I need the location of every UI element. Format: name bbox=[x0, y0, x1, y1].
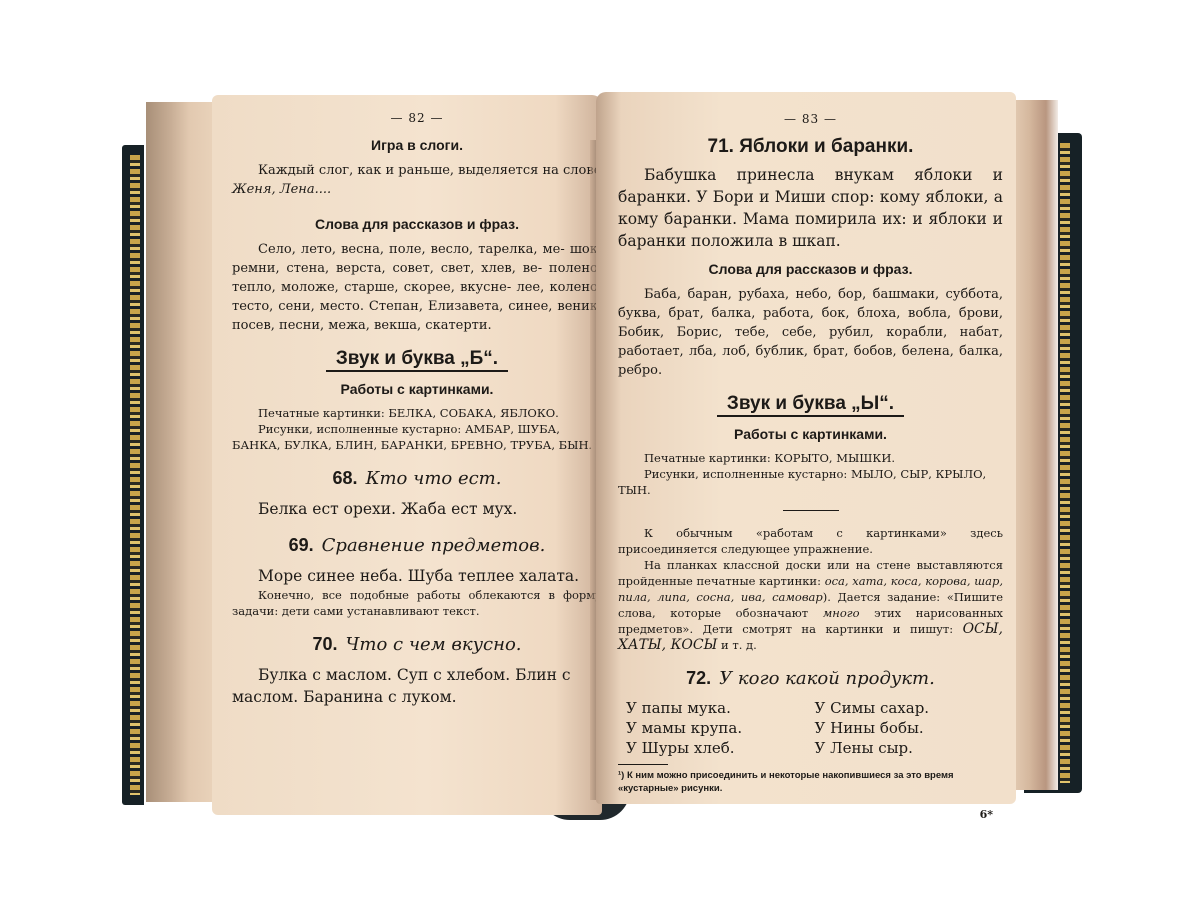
words-list: Село, лето, весна, поле, весло, тарелка,… bbox=[232, 240, 602, 335]
line: У Шуры хлеб. bbox=[626, 738, 815, 758]
words-list: Баба, баран, рубаха, небо, бор, башмаки,… bbox=[618, 285, 1003, 380]
exercise-71-text: Бабушка принесла внукам яблоки и баранки… bbox=[618, 164, 1003, 252]
page-stack-left bbox=[146, 102, 218, 802]
paragraph-names: Женя, Лена.... bbox=[232, 180, 602, 199]
sound-title: Звук и буква „Ы“. bbox=[717, 394, 904, 417]
gilt-ornament bbox=[1060, 143, 1070, 783]
exercise-number: 68. bbox=[333, 468, 358, 488]
sound-heading: Звук и буква „Б“. bbox=[232, 349, 602, 372]
sound-title: Звук и буква „Б“. bbox=[326, 349, 508, 372]
page-number: — 82 — bbox=[232, 109, 602, 128]
exercise-68-heading: 68.Кто что ест. bbox=[232, 469, 602, 488]
footnote-rule bbox=[618, 764, 668, 765]
exercise-68-text: Белка ест орехи. Жаба ест мух. bbox=[232, 498, 602, 520]
left-page: — 82 — Игра в слоги. Каждый слог, как и … bbox=[212, 95, 602, 815]
text-run: и т. д. bbox=[717, 638, 756, 652]
exercise-intro: К обычным «работам с картинками» здесь п… bbox=[618, 525, 1003, 557]
exercise-title: Что с чем вкусно. bbox=[346, 634, 522, 655]
drawn-pictures: Рисунки, исполненные кустарно: МЫЛО, СЫР… bbox=[618, 466, 1003, 498]
printed-pictures: Печатные картинки: БЕЛКА, СОБАКА, ЯБЛОКО… bbox=[232, 405, 602, 421]
line: У папы мука. bbox=[626, 698, 815, 718]
exercise-70-heading: 70.Что с чем вкусно. bbox=[232, 635, 602, 654]
drawn-pictures: Рисунки, исполненные кустарно: АМБАР, ШУ… bbox=[232, 421, 602, 453]
right-page: — 83 — 71. Яблоки и баранки. Бабушка при… bbox=[596, 92, 1016, 804]
pictures-title: Работы с картинками. bbox=[232, 380, 602, 399]
gilt-ornament bbox=[130, 155, 140, 795]
line: У Лены сыр. bbox=[815, 738, 1004, 758]
signature-mark: 6* bbox=[618, 805, 1003, 824]
exercise-72-grid: У папы мука. У Симы сахар. У мамы крупа.… bbox=[618, 698, 1003, 758]
words-title: Слова для рассказов и фраз. bbox=[232, 215, 602, 234]
paragraph: Каждый слог, как и раньше, выделяется на… bbox=[232, 161, 602, 180]
exercise-69-text: Море синее неба. Шуба теплее халата. bbox=[232, 565, 602, 587]
exercise-title: У кого какой продукт. bbox=[719, 668, 935, 689]
italic-word: много bbox=[823, 606, 860, 620]
exercise-70-text: Булка с маслом. Суп с хлебом. Блин с мас… bbox=[232, 664, 602, 708]
divider bbox=[783, 510, 839, 511]
printed-pictures: Печатные картинки: КОРЫТО, МЫШКИ. bbox=[618, 450, 1003, 466]
exercise-72-heading: 72.У кого какой продукт. bbox=[618, 669, 1003, 688]
line: У Симы сахар. bbox=[815, 698, 1004, 718]
exercise-number: 72. bbox=[686, 668, 711, 688]
line: У мамы крупа. bbox=[626, 718, 815, 738]
exercise-number: 69. bbox=[289, 535, 314, 555]
exercise-title: Сравнение предметов. bbox=[322, 535, 546, 556]
pictures-title: Работы с картинками. bbox=[618, 425, 1003, 444]
exercise-text: На планках классной доски или на стене в… bbox=[618, 557, 1003, 653]
page-stack-right bbox=[1010, 100, 1058, 790]
exercise-title: Кто что ест. bbox=[366, 468, 502, 489]
exercise-69-note: Конечно, все подобные работы облекаются … bbox=[232, 587, 602, 619]
book-cover-left-edge bbox=[122, 145, 144, 805]
section-title: Игра в слоги. bbox=[232, 136, 602, 155]
page-number: — 83 — bbox=[618, 110, 1003, 129]
footnote: ¹) К ним можно присоединить и некоторые … bbox=[618, 769, 1003, 795]
sound-heading: Звук и буква „Ы“. bbox=[618, 394, 1003, 417]
exercise-71-title: 71. Яблоки и баранки. bbox=[618, 137, 1003, 156]
line: У Нины бобы. bbox=[815, 718, 1004, 738]
words-title: Слова для рассказов и фраз. bbox=[618, 260, 1003, 279]
exercise-number: 70. bbox=[312, 634, 337, 654]
exercise-69-heading: 69.Сравнение предметов. bbox=[232, 536, 602, 555]
